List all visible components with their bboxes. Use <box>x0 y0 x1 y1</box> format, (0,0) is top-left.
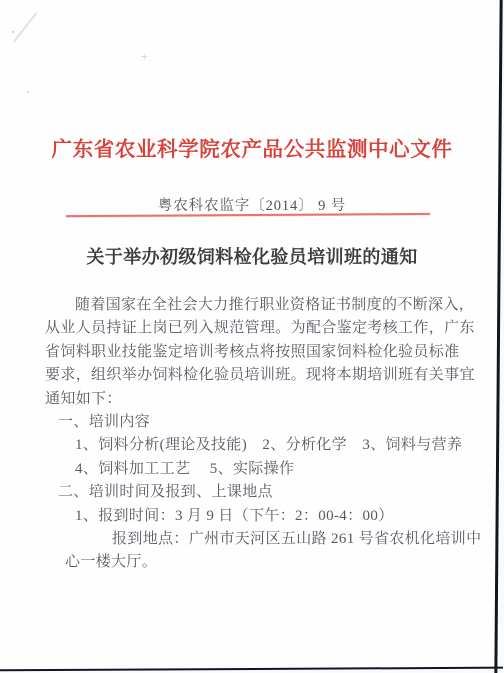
scanned-document-page: + 广东省农业科学院农产品公共监测中心文件 粤农科农监字〔2014〕 9 号 关… <box>0 0 504 673</box>
dust-speck <box>12 31 14 33</box>
body-line: 4、饲料加工工艺 5、实际操作 <box>45 458 469 481</box>
fold-crease-mark <box>13 12 37 42</box>
body-line: 通知如下： <box>45 388 469 411</box>
body-line: 从业人员持证上岗已列入规范管理。为配合鉴定考核工作，广东 <box>45 317 469 340</box>
body-line: 一、培训内容 <box>45 411 469 434</box>
document-number: 粤农科农监字〔2014〕 9 号 <box>0 194 504 215</box>
document-body: 随着国家在全社会大力推行职业资格证书制度的不断深入，从业人员持证上岗已列入规范管… <box>45 294 469 575</box>
body-line: 随着国家在全社会大力推行职业资格证书制度的不断深入， <box>45 294 469 317</box>
document-title: 关于举办初级饲料检化验员培训班的通知 <box>0 243 504 269</box>
dust-speck <box>27 91 29 93</box>
body-line: 二、培训时间及报到、上课地点 <box>45 481 469 504</box>
body-line: 1、饲料分析(理论及技能) 2、分析化学 3、饲料与营养 <box>45 434 469 457</box>
letterhead-org-title: 广东省农业科学院农产品公共监测中心文件 <box>0 132 504 162</box>
body-line: 心一楼大厅。 <box>45 551 469 574</box>
body-line: 报到地点：广州市天河区五山路 261 号省农机化培训中 <box>45 528 469 551</box>
body-line: 要求，组织举办饲料检化验员培训班。现将本期培训班有关事宜 <box>45 364 469 387</box>
body-line: 1、报到时间：3 月 9 日（下午：2：00-4：00） <box>45 505 469 528</box>
body-line: 省饲料职业技能鉴定培训考核点将按照国家饲料检化验员标准 <box>45 341 469 364</box>
dust-plus-mark: + <box>141 50 148 63</box>
